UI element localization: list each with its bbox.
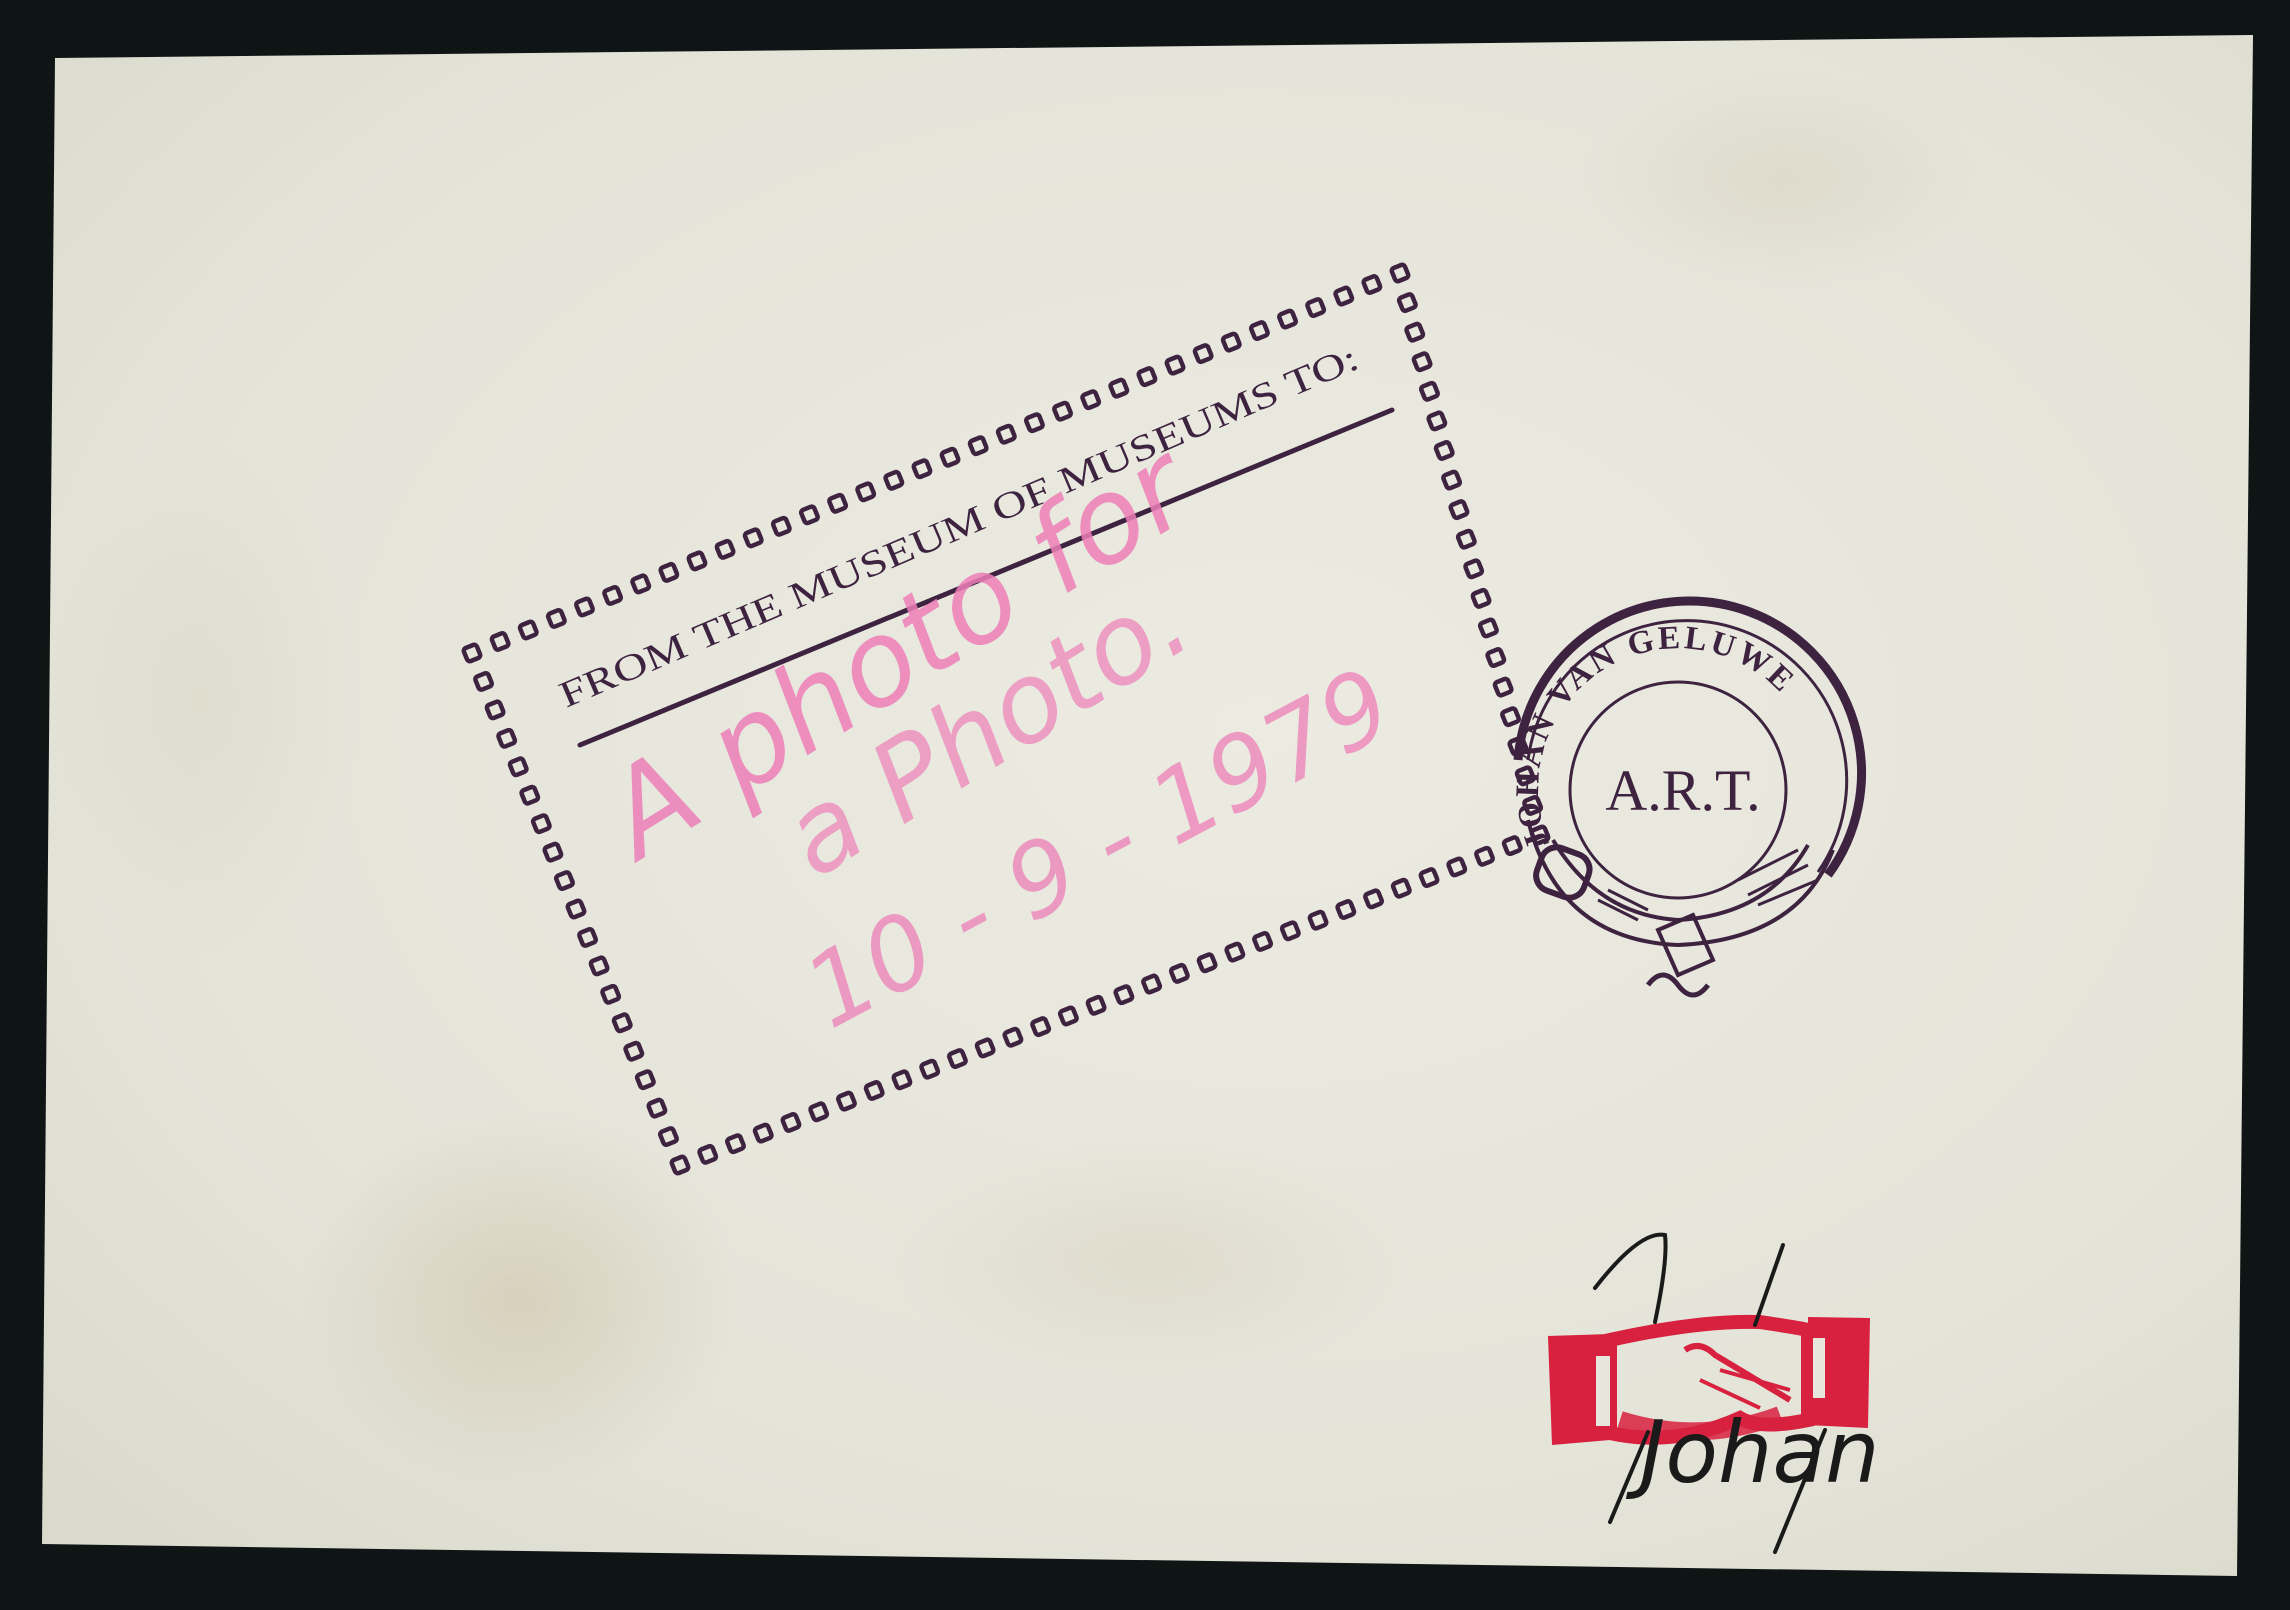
paper-stain <box>890 1140 1410 1380</box>
signature-name: Johan <box>1625 1403 1880 1503</box>
photo-scene: FROM THE MUSEUM OF MUSEUMS TO: A photo f… <box>0 0 2290 1610</box>
paper-stain <box>1580 70 1980 290</box>
seal-center-text: A.R.T. <box>1605 758 1760 823</box>
paper-stain <box>40 440 360 960</box>
